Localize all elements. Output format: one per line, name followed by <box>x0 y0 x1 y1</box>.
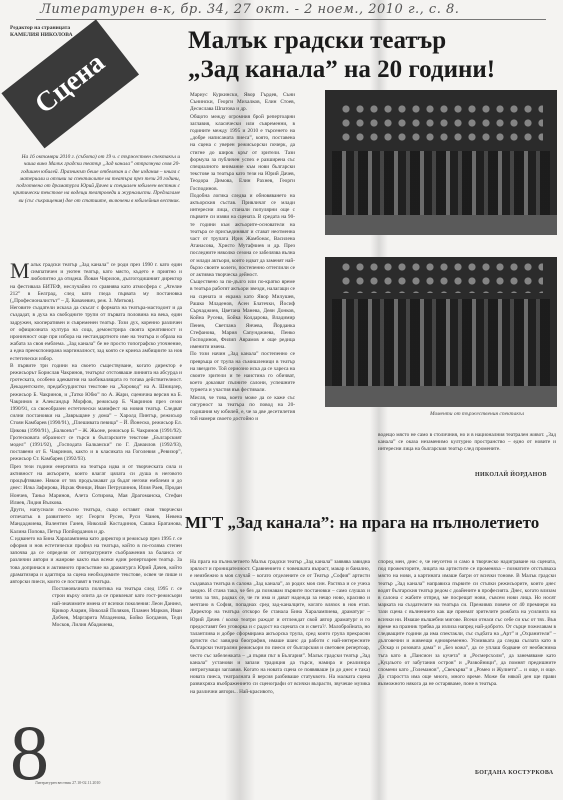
paragraph: Мисля, че това, което може да се каже съ… <box>190 395 295 424</box>
article1-author: НИКОЛАЙ ЙОРДАНОВ <box>475 472 547 478</box>
article-title-line2: „Зад канала” на 20 години! <box>188 56 495 84</box>
paragraph: В първите три години на своето съществув… <box>10 363 182 464</box>
page-editor: Редактор на страницата КАМЕЛИЯ НИКОЛОВА <box>10 25 73 39</box>
article2-column-2: според мен, днес е, че неусетно и само в… <box>378 559 556 689</box>
header-rule <box>36 19 546 20</box>
paragraph: Общото между огромния брой репертоарни з… <box>190 114 295 193</box>
handwritten-citation: Литературен в-к, бр. 34, 27 окт. - 2 ное… <box>40 2 510 17</box>
drop-cap: М <box>10 262 30 280</box>
paragraph: Неговите създатели искаха да скъсат с фо… <box>10 305 182 363</box>
performers <box>332 299 550 392</box>
article2-column-1: На прага на пълнолетието Малък градски т… <box>190 559 370 696</box>
section-badge-label: Сцена <box>29 47 111 121</box>
stage-floor <box>325 386 557 407</box>
article2-title: МГТ „Зад канала”: на прага на пълнолетие… <box>185 513 539 533</box>
stage-floor <box>325 215 557 235</box>
article-title-line1: Малък градски театър <box>188 27 446 55</box>
article2-author: БОГДАНА КОСТУРКОВА <box>475 770 553 776</box>
photo-caption: Моменти от тържествения спектакъл <box>430 411 524 417</box>
editor-name: КАМЕЛИЯ НИКОЛОВА <box>10 32 73 39</box>
article1-column-1: Малък градски театър „Зад канала” се род… <box>10 262 182 629</box>
article1-column-3: водещо място не само в столичния, но и в… <box>378 432 556 454</box>
photo-stage-balloons <box>325 90 557 235</box>
performers <box>332 151 550 221</box>
paragraph: Постановъчната политика на театъра след … <box>10 586 182 629</box>
paragraph: Мариус Куркински, Явор Гърдев, Съни Съни… <box>190 92 295 114</box>
paragraph: С идването на Бина Харалампиева като дир… <box>10 536 182 586</box>
paragraph: По този начин „Зад канала” постепенно се… <box>190 351 295 394</box>
article-lead: На 16 октомври 2010 г. (събота) от 19 ч.… <box>10 154 180 205</box>
balloons <box>339 102 543 146</box>
paragraph: През тези години енергията на театъра ид… <box>10 464 182 507</box>
editor-label: Редактор на страницата <box>10 25 73 32</box>
page-number: 8 <box>10 718 49 788</box>
paragraph: Съществено за по-дълго или по-кратко вре… <box>190 279 295 351</box>
paragraph: Подобна логика следва и обновяването на … <box>190 193 295 279</box>
page-footer: Литературен вестник 27.10-02.11.2010 <box>35 780 100 785</box>
article1-column-2: Мариус Куркински, Явор Гърдев, Съни Съни… <box>190 92 295 423</box>
balloons <box>339 260 543 293</box>
paragraph: Малък градски театър „Зад канала” се род… <box>10 262 182 305</box>
photo-cast-bow <box>325 257 557 407</box>
paragraph: Други, напуснали по-късно театъра, също … <box>10 507 182 536</box>
